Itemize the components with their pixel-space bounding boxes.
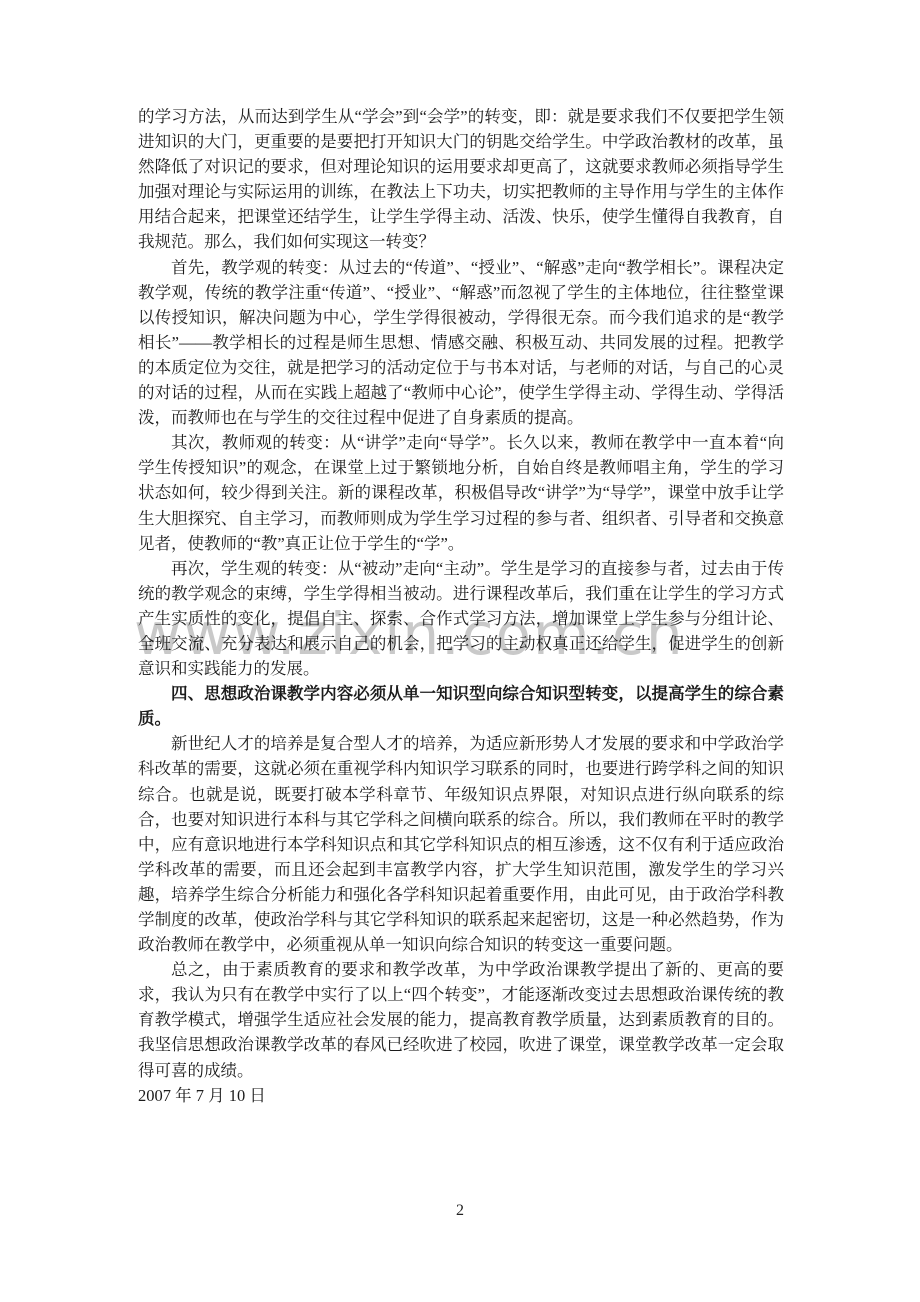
paragraph-knowledge-integration: 新世纪人才的培养是复合型人才的培养，为适应新形势人才发展的要求和中学政治学科改革… [138, 731, 784, 957]
paragraph-continued-from-previous-page: 的学习方法，从而达到学生从“学会”到“会学”的转变，即：就是要求我们不仅要把学生… [138, 104, 784, 255]
document-page: www.zixin.com.cn 的学习方法，从而达到学生从“学会”到“会学”的… [0, 0, 920, 1302]
section-heading-four: 四、思想政治课教学内容必须从单一知识型向综合知识型转变，以提高学生的综合素质。 [138, 681, 784, 731]
paragraph-first-transformation: 首先，教学观的转变：从过去的“传道”、“授业”、“解惑”走向“教学相长”。课程决… [138, 255, 784, 431]
page-number: 2 [0, 1200, 920, 1222]
document-body: 的学习方法，从而达到学生从“学会”到“会学”的转变，即：就是要求我们不仅要把学生… [138, 104, 784, 1108]
date-line: 2007 年 7 月 10 日 [138, 1083, 784, 1108]
paragraph-conclusion: 总之，由于素质教育的要求和教学改革，为中学政治课教学提出了新的、更高的要求，我认… [138, 957, 784, 1082]
paragraph-second-transformation: 其次，教师观的转变：从“讲学”走向“导学”。长久以来，教师在教学中一直本着“向学… [138, 430, 784, 555]
paragraph-third-transformation: 再次，学生观的转变：从“被动”走向“主动”。学生是学习的直接参与者，过去由于传统… [138, 556, 784, 681]
